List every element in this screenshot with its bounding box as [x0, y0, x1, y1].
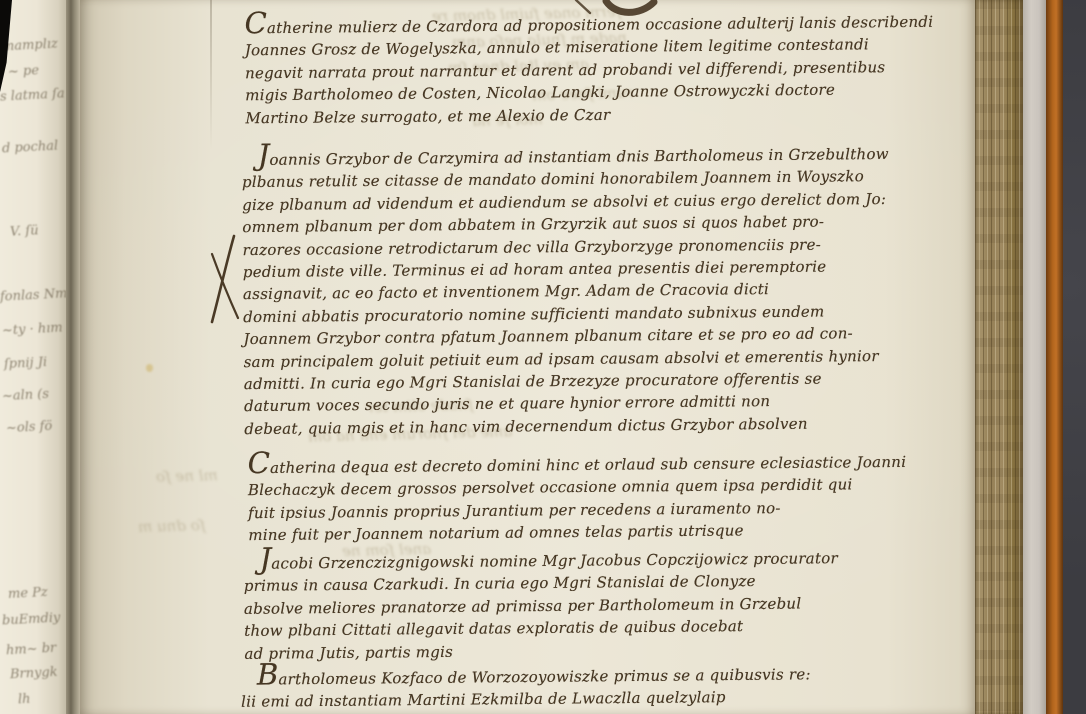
facing-page-ink-fragment: ſpnij Ji — [4, 355, 48, 373]
facing-page-ink-fragment: ~aln (s — [2, 387, 50, 405]
facing-page-ink-fragment: buEmdiy — [2, 610, 61, 629]
facing-page-ink-fragment: lh — [18, 692, 31, 709]
entry-3: Catherina dequa est decreto domini hinc … — [248, 451, 907, 547]
book-fore-edge — [975, 0, 1023, 714]
bleedthrough-fragment: ſo dnu m — [138, 515, 206, 537]
page-edge-strip — [1023, 0, 1046, 714]
manuscript-page: ſerm onae fuiml dnom renade m ſnula peſo… — [80, 0, 975, 714]
entry-1: Catherine mulierz de Czardora ad proposi… — [244, 11, 934, 130]
facing-page-ink-fragment: s latma ſa — [0, 86, 65, 105]
entry-4: Jacobi Grzenczizgnigowski nomine Mgr Jac… — [243, 547, 838, 665]
ink-stain — [146, 364, 153, 372]
facing-page-ink-fragment: hm~ br — [6, 641, 57, 660]
facing-page-ink-fragment: ~ty · hım — [2, 320, 63, 339]
facing-page-ink-fragment: Brnygk — [10, 665, 58, 683]
text-line: lii emi ad instantiam Martini Ezkmilba d… — [241, 686, 811, 714]
manuscript-photo: mamplız~ pes latma ſad pochalV. ſüfonlas… — [0, 0, 1086, 714]
bleedthrough-fragment: ml ne ſo — [156, 465, 218, 487]
facing-page-sliver: mamplız~ pes latma ſad pochalV. ſüfonlas… — [0, 0, 66, 714]
facing-page-ink-fragment: fonlas Nm — [0, 286, 66, 306]
facing-page-ink-fragment: ~ols fö — [6, 419, 53, 437]
facing-page-ink-fragment: V. ſü — [10, 223, 39, 240]
entry-5: Bartholomeus Kozfaco de Worzozoyowiszke … — [241, 663, 811, 713]
paper-crease — [210, 0, 212, 150]
facing-page-ink-fragment: d pochal — [2, 139, 59, 158]
marginal-x-mark — [208, 234, 242, 324]
book-cover-edge — [1046, 0, 1063, 714]
entry-2: Joannis Grzybor de Carzymira ad instanti… — [242, 143, 892, 440]
photo-background — [1063, 0, 1086, 714]
page-gutter — [66, 0, 80, 714]
facing-page-ink-fragment: ~ pe — [8, 63, 40, 81]
facing-page-ink-fragment: me Pz — [8, 585, 49, 603]
facing-page-ink-fragment: mamplız — [2, 37, 59, 56]
